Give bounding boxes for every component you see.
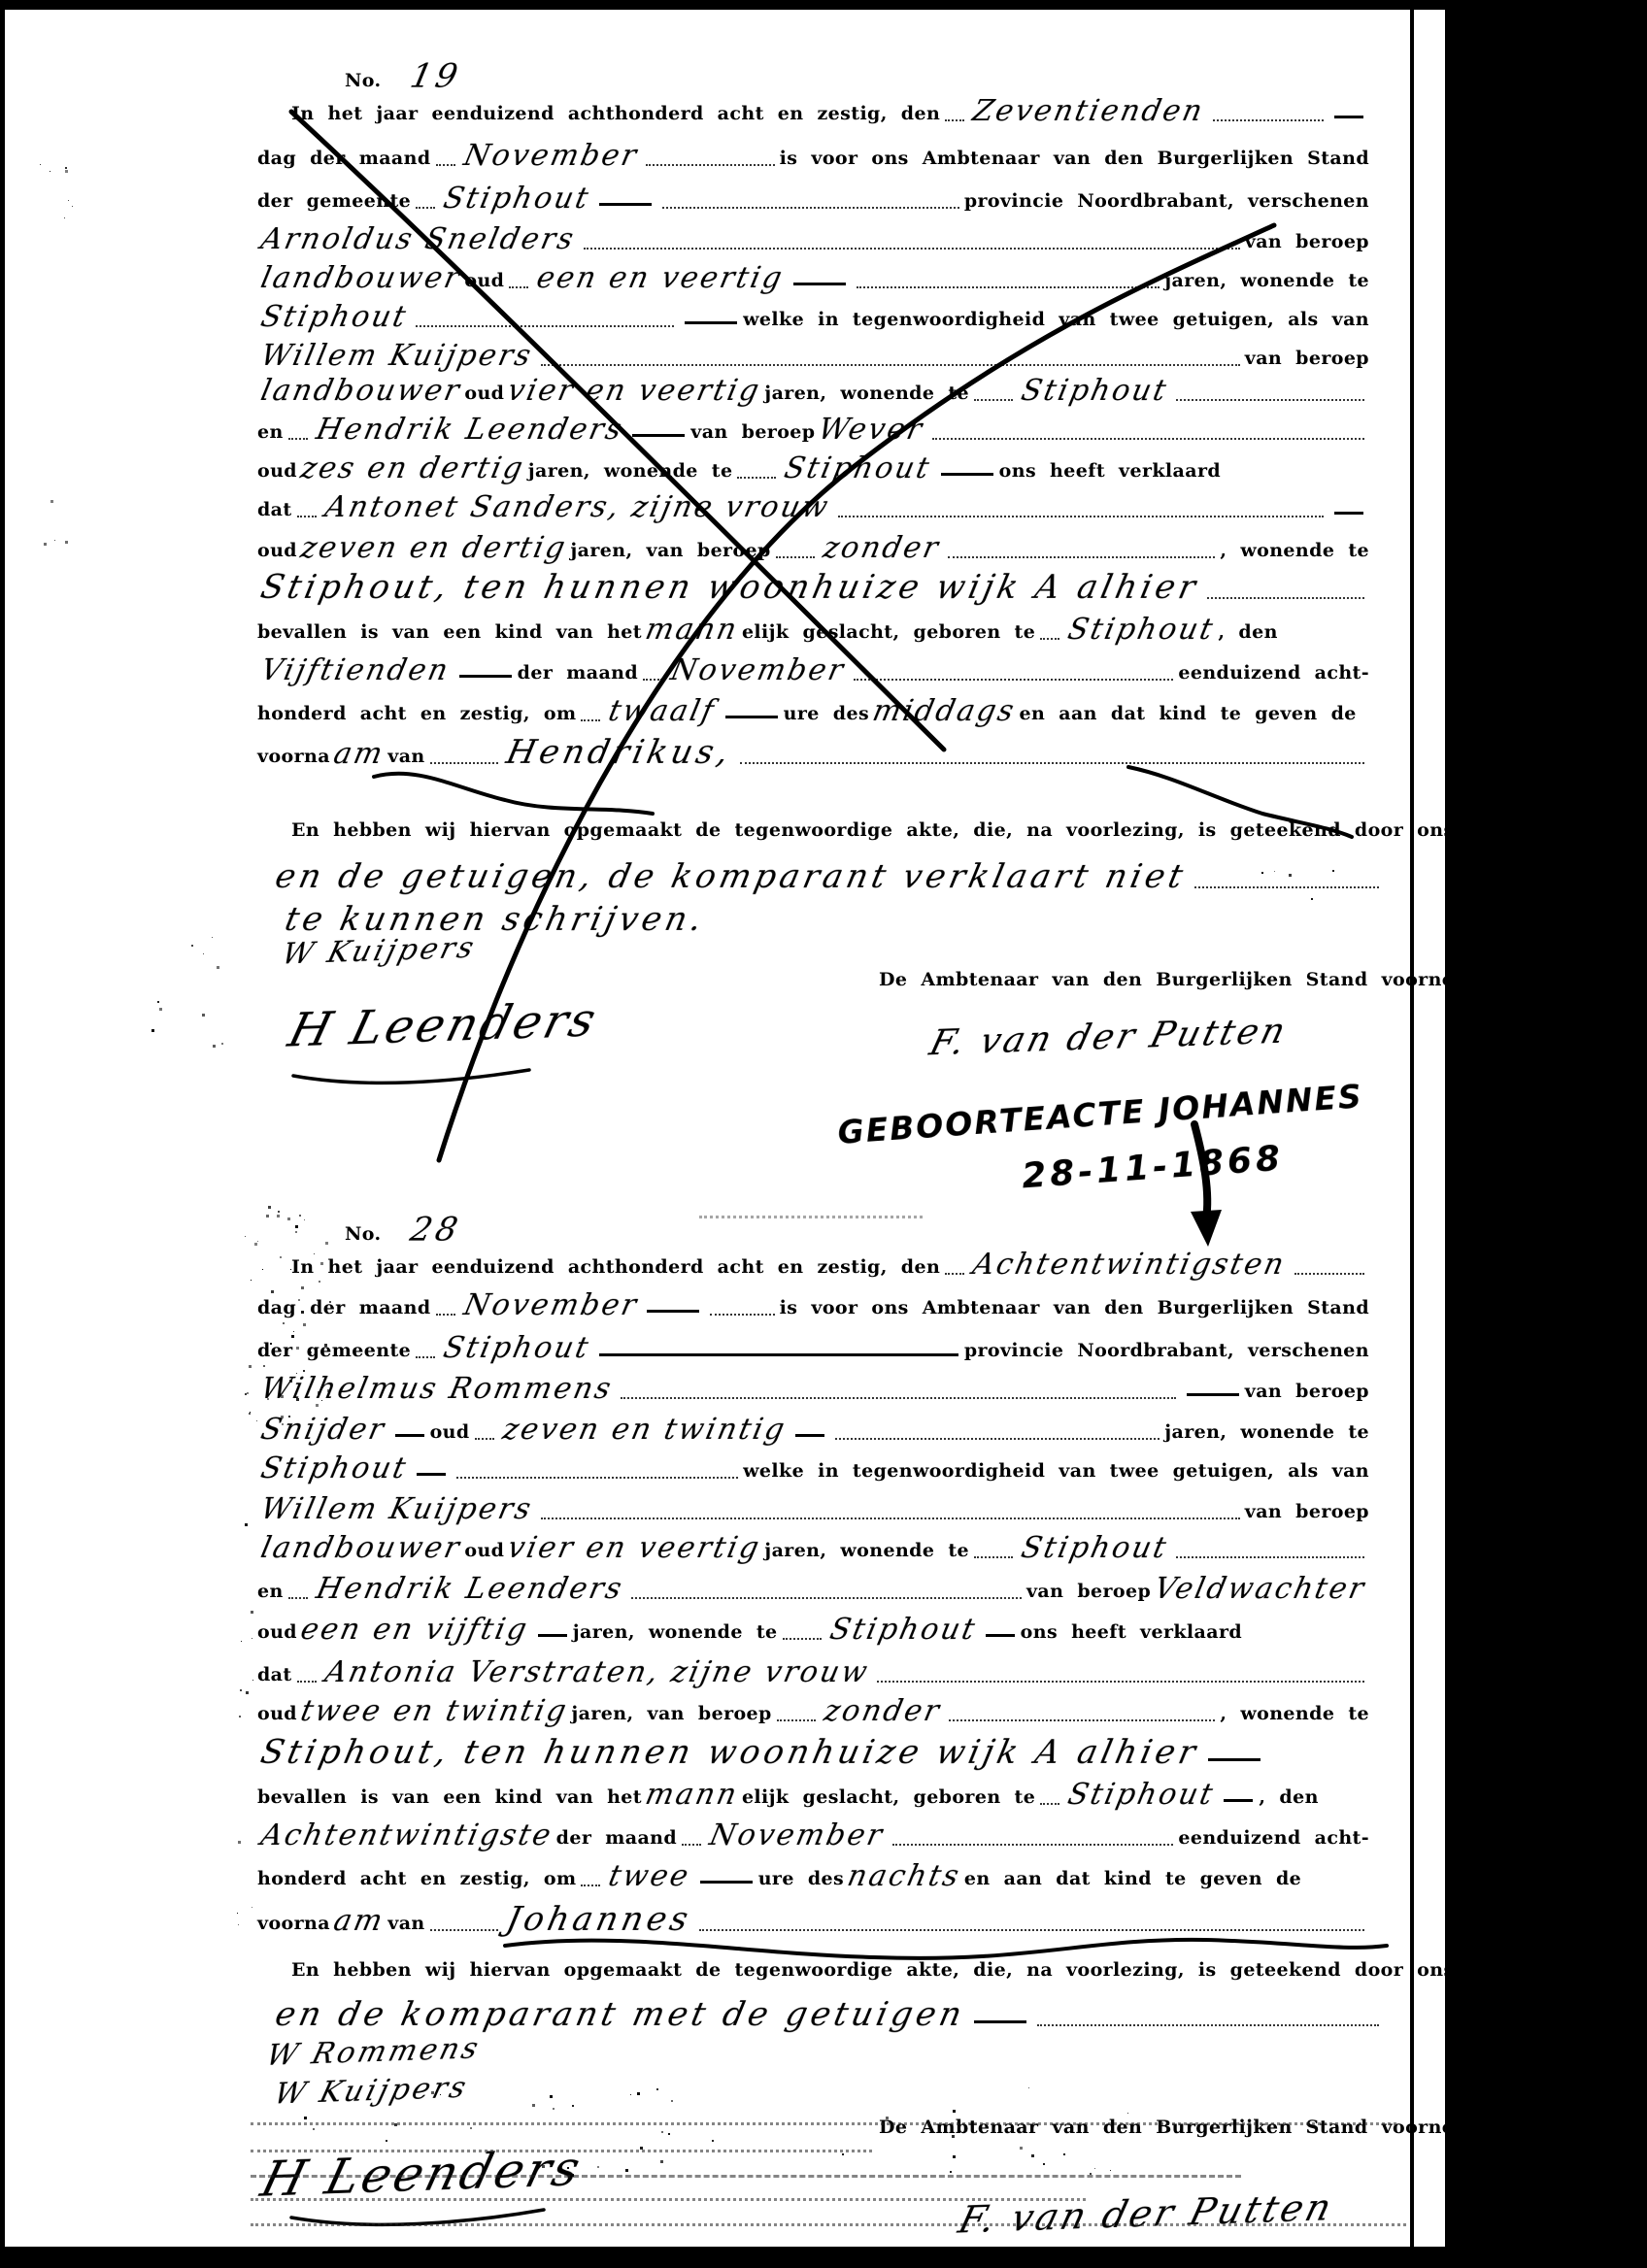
scan-speck	[1110, 2170, 1111, 2171]
hw-witness2-name: Hendrik Leenders	[309, 416, 629, 446]
scan-speck	[213, 1045, 216, 1048]
act2-line-witness1: Willem Kuijpers van beroep	[257, 1495, 1369, 1525]
scan-speck	[257, 1241, 258, 1242]
pen-dash	[1334, 512, 1363, 515]
hw-birth-hour: twee	[602, 1862, 697, 1892]
printed-hundred: honderd acht en zestig, om	[257, 1870, 576, 1892]
hw-witness1-age: vier en veertig	[501, 377, 768, 407]
dotted-rule	[892, 1844, 1174, 1846]
scan-speck	[240, 1689, 242, 1691]
scan-speck	[281, 1416, 284, 1418]
scan-speck	[712, 2140, 714, 2142]
scan-speck	[571, 2174, 574, 2177]
printed-declared: ons heeft verklaard	[1021, 1623, 1242, 1646]
printed-years-residing: jaren, wonende te	[528, 462, 733, 484]
scan-speck	[324, 1344, 327, 1347]
pen-dash	[974, 2020, 1026, 2023]
scan-speck	[237, 1913, 238, 1914]
act2-line-firstname: voorna am van Johannes	[257, 1903, 1369, 1937]
scan-speck	[952, 2135, 955, 2138]
scan-noise-line	[251, 2175, 1241, 2178]
hw-month: November	[456, 1291, 644, 1321]
pen-dash	[459, 675, 512, 678]
scan-speck	[296, 1347, 299, 1350]
hw-declarant-residence: Stiphout	[254, 303, 415, 333]
scan-speck	[329, 1301, 331, 1303]
scan-speck	[295, 1231, 297, 1233]
printed-sex-suffix: elijk geslacht, geboren te	[742, 623, 1035, 646]
hw-declarant-occupation: landbouwer	[254, 264, 468, 294]
act1-line-witness2-age: oud zes en dertig jaren, wonende te Stip…	[257, 454, 1369, 484]
hw-declarant-age: zeven en twintig	[495, 1416, 792, 1446]
scan-speck	[625, 2169, 628, 2172]
scan-speck	[532, 2104, 535, 2107]
scan-speck	[319, 1281, 320, 1283]
pen-dash	[1187, 1393, 1239, 1396]
act1-number-line: No. 19	[345, 60, 636, 94]
dotted-rule	[509, 286, 528, 288]
scan-speck	[266, 1215, 269, 1217]
printed-residing: , wonende te	[1220, 1705, 1369, 1727]
act2-signature-witness: W Kuijpers	[271, 2071, 473, 2112]
printed-and: en	[257, 423, 284, 446]
dotted-rule	[475, 1438, 494, 1440]
dotted-rule	[416, 1356, 435, 1358]
hw-witness1-residence: Stiphout	[1015, 377, 1175, 407]
scan-speck	[191, 945, 193, 947]
scan-noise-line	[251, 2198, 1086, 2201]
pen-line	[599, 1353, 958, 1356]
pen-flourish	[505, 1940, 1387, 1958]
dotted-rule	[1213, 119, 1324, 121]
scan-speck	[640, 2147, 643, 2150]
hw-declarant-age: een en veertig	[530, 264, 790, 294]
scan-speck	[298, 1299, 300, 1301]
printed-province: provincie Noordbrabant, verschenen	[964, 192, 1369, 215]
act1-line-birth: bevallen is van een kind van het mann el…	[257, 616, 1369, 646]
printed-year-line: In het jaar eenduizend achthonderd acht …	[291, 1258, 940, 1281]
scan-speck	[252, 1907, 252, 1908]
stamp-annotation-title: GEBOORTEACTE JOHANNES	[836, 1077, 1364, 1151]
act2-line-mother-age: oud twee en twintig jaren, van beroep zo…	[257, 1697, 1369, 1727]
scan-speck	[65, 541, 68, 544]
pen-dash	[795, 1434, 824, 1437]
scan-speck	[637, 2092, 640, 2095]
scan-speck	[263, 1365, 265, 1367]
scan-speck	[246, 1691, 249, 1694]
act1-closing: En hebben wij hiervan opgemaakt de tegen…	[291, 821, 1369, 844]
hw-witness2-residence: Stiphout	[823, 1616, 983, 1646]
dotted-rule	[1194, 886, 1379, 888]
hw-act-day: Zeventienden	[966, 97, 1211, 127]
pen-dash	[1208, 1758, 1260, 1761]
scan-speck	[953, 2155, 956, 2158]
scan-speck	[251, 1280, 252, 1281]
hw-month: November	[456, 142, 644, 172]
page-fold-rule	[1410, 10, 1414, 2247]
scan-speck	[245, 1393, 247, 1395]
scan-speck	[289, 1380, 292, 1383]
scan-speck	[320, 1262, 323, 1265]
printed-years-occupation: jaren, van beroep	[570, 542, 770, 564]
printed-old: oud	[464, 1542, 504, 1564]
scan-speck	[290, 1269, 291, 1270]
printed-of-month: der maand	[518, 664, 638, 686]
hw-birth-month: November	[703, 1821, 891, 1851]
scan-speck	[245, 1523, 248, 1526]
scan-speck	[151, 1029, 154, 1032]
dotted-rule	[541, 364, 1240, 366]
scan-speck	[251, 1611, 253, 1614]
act2-line-month: dag der maand November is voor ons Ambte…	[257, 1291, 1369, 1321]
hw-declarant-name: Arnoldus Snelders	[254, 225, 582, 255]
scan-speck	[221, 1043, 223, 1045]
scan-border-left	[0, 0, 5, 2268]
act2-line-hour: honderd acht en zestig, om twee ure des …	[257, 1862, 1369, 1892]
scan-speck	[262, 1269, 263, 1270]
printed-delivered: bevallen is van een kind van het	[257, 1788, 642, 1811]
hw-sex-prefix: mann	[639, 1781, 746, 1811]
printed-residing: , wonende te	[1220, 542, 1369, 564]
printed-hour-of: ure des	[758, 1870, 844, 1892]
printed-years-occupation: jaren, van beroep	[571, 1705, 771, 1727]
dotted-rule	[699, 1929, 1364, 1931]
act1-line-declarant-age: landbouwer oud een en veertig jaren, won…	[257, 264, 1369, 294]
act1-line-month: dag der maand November is voor ons Ambte…	[257, 142, 1369, 172]
scan-border-bottom	[0, 2247, 1647, 2268]
scan-noise-line	[251, 2223, 1406, 2226]
scan-speck	[1063, 2153, 1065, 2155]
no-label: No.	[345, 1225, 382, 1248]
printed-years-residing: jaren, wonende te	[764, 384, 969, 407]
scan-speck	[293, 1331, 294, 1332]
act1-line-witness2: en Hendrik Leenders van beroep Wever	[257, 416, 1369, 446]
dotted-rule	[1207, 597, 1364, 599]
scan-speck	[40, 164, 41, 165]
scan-speck	[283, 1322, 285, 1324]
act2-line-birthday: Achtentwintigste der maand November eend…	[257, 1821, 1369, 1851]
dotted-rule	[932, 438, 1364, 440]
act2-number-line: No. 28	[345, 1214, 636, 1248]
act1-line-birthday: Vijftienden der maand November eenduizen…	[257, 656, 1369, 686]
scan-speck	[327, 1389, 330, 1392]
act1-line-mother-age: oud zeven en dertig jaren, van beroep zo…	[257, 534, 1369, 564]
dotted-rule	[430, 1929, 498, 1931]
printed-that: dat	[257, 501, 292, 523]
scan-speck	[842, 2153, 844, 2155]
hw-witness1-name: Willem Kuijpers	[254, 342, 540, 372]
printed-that: dat	[257, 1666, 292, 1688]
pen-dash	[1224, 1799, 1253, 1802]
hw-witness1-occupation: landbouwer	[254, 377, 468, 407]
scan-speck	[1028, 2087, 1029, 2088]
pen-dash	[632, 434, 685, 437]
hw-residence-line: Stiphout, ten hunnen woonhuize wijk A al…	[253, 571, 1206, 605]
printed-old: oud	[430, 1423, 470, 1446]
scan-speck	[597, 2166, 599, 2168]
hw-witness1-age: vier en veertig	[501, 1534, 768, 1564]
dotted-rule	[776, 556, 815, 558]
hw-act-day: Achtentwintigsten	[966, 1251, 1293, 1281]
scan-speck	[256, 1420, 257, 1421]
pen-dash	[647, 1310, 699, 1313]
scan-speck	[310, 1351, 312, 1353]
dotted-rule	[430, 762, 498, 764]
printed-closing: En hebben wij hiervan opgemaakt de tegen…	[291, 1961, 1455, 1984]
dotted-rule	[682, 1844, 701, 1846]
scan-speck	[159, 1008, 162, 1011]
act1-line-hour: honderd acht en zestig, om twaalf ure de…	[257, 697, 1369, 727]
printed-closing: En hebben wij hiervan opgemaakt de tegen…	[291, 821, 1455, 844]
scan-speck	[1094, 2168, 1095, 2169]
scan-speck	[202, 1014, 205, 1017]
scan-speck	[281, 1395, 284, 1398]
pen-flourish	[374, 774, 653, 814]
hw-residence-line: Stiphout, ten hunnen woonhuize wijk A al…	[253, 1736, 1206, 1770]
hw-witness2-occupation: Wever	[812, 416, 930, 446]
scan-speck	[238, 1924, 239, 1925]
hw-witness2-occupation: Veldwachter	[1148, 1575, 1372, 1605]
scan-speck	[313, 2128, 315, 2130]
scan-speck	[431, 2091, 434, 2094]
scan-speck	[386, 2140, 387, 2142]
down-arrow-head-icon	[1191, 1210, 1222, 1247]
scan-speck	[50, 500, 53, 503]
scan-speck	[1311, 898, 1313, 900]
dotted-rule	[662, 207, 959, 209]
act2-signature-officer: F. van der Putten	[955, 2185, 1339, 2241]
dotted-rule	[584, 248, 1240, 250]
act2-number-value: 28	[403, 1214, 468, 1248]
scan-speck	[671, 2100, 673, 2102]
scanned-birth-certificate-page: No. 19 In het jaar eenduizend achthonder…	[0, 0, 1647, 2268]
scan-speck	[394, 2123, 397, 2126]
pen-dash	[700, 1881, 753, 1884]
printed-day-of-month: dag der maand	[257, 1299, 431, 1321]
scan-speck	[950, 2171, 952, 2173]
scan-speck	[304, 2117, 307, 2119]
dotted-rule	[416, 325, 674, 327]
scan-speck	[572, 2105, 574, 2107]
pen-dash	[395, 1434, 424, 1437]
act2-line-municipality: der gemeente Stiphout provincie Noordbra…	[257, 1334, 1369, 1364]
act1-signature-witness: W Kuijpers	[279, 931, 481, 972]
act2-line-birth: bevallen is van een kind van het mann el…	[257, 1781, 1369, 1811]
act1-line-firstname: voorna am van Hendrikus,	[257, 736, 1369, 770]
printed-old: oud	[257, 462, 297, 484]
hw-mother-occupation: zonder	[816, 534, 946, 564]
scan-speck	[660, 2160, 663, 2163]
printed-declared: ons heeft verklaard	[999, 462, 1221, 484]
hw-child-name: Hendrikus,	[499, 736, 739, 770]
hw-mother-clause: Antonia Verstraten, zijne vrouw	[318, 1658, 875, 1688]
dotted-rule	[949, 1719, 1215, 1721]
hw-birth-day: Vijftienden	[254, 656, 456, 686]
scan-speck	[440, 2094, 441, 2095]
printed-of: van	[387, 748, 424, 770]
dotted-rule	[581, 1884, 600, 1886]
act1-line-municipality: der gemeente Stiphout provincie Noordbra…	[257, 184, 1369, 215]
dotted-rule	[974, 1556, 1013, 1558]
scan-speck	[304, 1219, 305, 1220]
hw-mother-age: zeven en dertig	[294, 534, 574, 564]
printed-give-child: en aan dat kind te geven de	[1020, 705, 1357, 727]
dotted-rule	[854, 679, 1173, 681]
scan-speck	[303, 1370, 305, 1372]
dotted-rule	[1294, 1273, 1364, 1275]
scan-speck	[267, 1398, 269, 1400]
dotted-rule	[288, 1597, 308, 1599]
dotted-rule	[1176, 399, 1364, 401]
act1-officer-line: De Ambtenaar van den Burgerlijken Stand …	[879, 971, 1364, 993]
scan-speck	[553, 2108, 555, 2110]
act2-line-witness2: en Hendrik Leenders van beroep Veldwacht…	[257, 1575, 1369, 1605]
pen-dash	[417, 1473, 446, 1476]
scan-speck	[54, 540, 55, 541]
scan-speck	[1329, 833, 1332, 836]
act1-closing-hw2: te kunnen schrijven.	[282, 903, 961, 937]
scan-speck	[1090, 2173, 1092, 2175]
printed-before-us: is voor ons Ambtenaar van den Burgerlijk…	[780, 1299, 1369, 1321]
dotted-rule	[288, 438, 308, 440]
hw-closing-line1: en de komparant met de getuigen	[268, 1998, 972, 2032]
act2-line-declarant-residence: Stiphout welke in tegenwoordigheid van t…	[257, 1454, 1369, 1484]
dotted-rule	[646, 164, 774, 166]
scan-speck	[630, 2094, 631, 2095]
scan-speck	[64, 217, 65, 218]
dotted-rule	[1040, 1803, 1059, 1805]
hw-birth-day: Achtentwintigste	[254, 1821, 559, 1851]
dotted-rule	[416, 207, 435, 209]
scan-speck	[249, 1365, 252, 1368]
scan-speck	[661, 2131, 663, 2133]
printed-hundred: honderd acht en zestig, om	[257, 705, 576, 727]
hw-witness1-residence: Stiphout	[1015, 1534, 1175, 1564]
scan-speck	[316, 1404, 319, 1407]
printed-old: oud	[257, 1623, 297, 1646]
hw-municipality: Stiphout	[437, 1334, 597, 1364]
pen-dash	[941, 473, 993, 476]
scan-speck	[268, 1206, 271, 1209]
scan-speck	[277, 1215, 280, 1217]
dotted-rule	[436, 1314, 455, 1316]
printed-old: oud	[257, 542, 297, 564]
scan-speck	[295, 1225, 298, 1228]
pen-dash	[986, 1634, 1015, 1637]
act1-line-declarant: Arnoldus Snelders van beroep	[257, 225, 1369, 255]
printed-of-month: der maand	[556, 1829, 677, 1851]
hw-mother-age: twee en twintig	[294, 1697, 575, 1727]
scan-speck	[301, 1311, 304, 1314]
printed-thousand: eenduizend acht-	[1178, 1829, 1369, 1851]
scan-speck	[296, 1398, 299, 1401]
scan-speck	[668, 2133, 670, 2135]
scan-border-top	[0, 0, 1647, 10]
scan-speck	[288, 1416, 290, 1417]
scan-speck	[65, 170, 68, 173]
printed-hour-of: ure des	[784, 705, 869, 727]
printed-occupation-label: van beroep	[1245, 1383, 1369, 1405]
dotted-rule	[740, 762, 1364, 764]
act2-line-declarant: Wilhelmus Rommens van beroep	[257, 1375, 1369, 1405]
dotted-rule	[783, 1638, 822, 1640]
act1-line-mother: dat Antonet Sanders, zijne vrouw	[257, 493, 1369, 523]
hw-witness1-name: Willem Kuijpers	[254, 1495, 540, 1525]
printed-occupation-label: van beroep	[1245, 350, 1369, 372]
act2-closing-hw1: en de komparant met de getuigen	[272, 1998, 1384, 2032]
act1-line-witness1: Willem Kuijpers van beroep	[257, 342, 1369, 372]
hw-witness2-age: een en vijftig	[294, 1616, 535, 1646]
hw-declarant-occupation: Snijder	[254, 1416, 392, 1446]
scan-speck	[258, 1307, 259, 1308]
scan-speck	[314, 1253, 315, 1254]
scan-speck	[1274, 871, 1275, 872]
hw-birth-hour: twaalf	[602, 697, 723, 727]
act2-line-witness2-age: oud een en vijftig jaren, wonende te Sti…	[257, 1616, 1369, 1646]
scan-speck	[271, 1290, 274, 1293]
scan-speck	[72, 206, 73, 207]
printed-occupation-label: van beroep	[1026, 1583, 1151, 1605]
scan-noise-line	[251, 2150, 872, 2152]
scan-speck	[299, 1215, 301, 1217]
scan-speck	[310, 1265, 312, 1267]
scan-speck	[203, 953, 204, 954]
scan-speck	[50, 171, 50, 172]
hw-closing-line2: te kunnen schrijven.	[278, 903, 712, 937]
printed-firstname-prefix: voorna	[257, 1915, 330, 1937]
scan-speck	[567, 2167, 569, 2169]
dotted-rule	[945, 119, 964, 121]
dotted-rule	[948, 556, 1215, 558]
scan-noise-line	[699, 1216, 923, 1218]
stamp-annotation-date: 28-11-1868	[1021, 1139, 1285, 1197]
dotted-rule	[857, 286, 1160, 288]
printed-years-residing: jaren, wonende te	[1164, 272, 1369, 294]
scan-speck	[252, 1680, 253, 1681]
no-label: No.	[345, 72, 382, 94]
printed-occupation-label: van beroep	[1245, 233, 1369, 255]
scan-speck	[1031, 2154, 1034, 2157]
scan-speck	[886, 2117, 889, 2119]
scan-speck	[280, 1256, 282, 1258]
scan-speck	[303, 1323, 306, 1326]
printed-thousand: eenduizend acht-	[1178, 664, 1369, 686]
act2-line-witness1-age: landbouwer oud vier en veertig jaren, wo…	[257, 1534, 1369, 1564]
dotted-rule	[297, 1681, 317, 1683]
printed-day-of-month: dag der maand	[257, 150, 431, 172]
scan-speck	[278, 1211, 280, 1213]
act2-signature-declarant: W Rommens	[263, 2031, 485, 2073]
scan-speck	[296, 1373, 297, 1374]
dotted-rule	[737, 477, 776, 479]
printed-den: , den	[1259, 1788, 1318, 1811]
scan-speck	[241, 1641, 242, 1642]
dotted-rule	[1176, 1556, 1364, 1558]
scan-speck	[321, 1400, 322, 1401]
printed-years-residing: jaren, wonende te	[764, 1542, 969, 1564]
printed-occupation-label: van beroep	[1245, 1503, 1369, 1525]
scan-speck	[1261, 872, 1263, 874]
scan-speck	[470, 2127, 472, 2129]
act2-line-mother: dat Antonia Verstraten, zijne vrouw	[257, 1658, 1369, 1688]
act2-line-declarant-age: Snijder oud zeven en twintig jaren, wone…	[257, 1416, 1369, 1446]
pen-dash	[685, 321, 737, 324]
act1-line-residence-hw: Stiphout, ten hunnen woonhuize wijk A al…	[257, 571, 1369, 605]
signature-flourish	[293, 1070, 529, 1083]
dotted-rule	[631, 1597, 1022, 1599]
scan-speck	[238, 1841, 241, 1844]
hw-witness2-name: Hendrik Leenders	[309, 1575, 629, 1605]
